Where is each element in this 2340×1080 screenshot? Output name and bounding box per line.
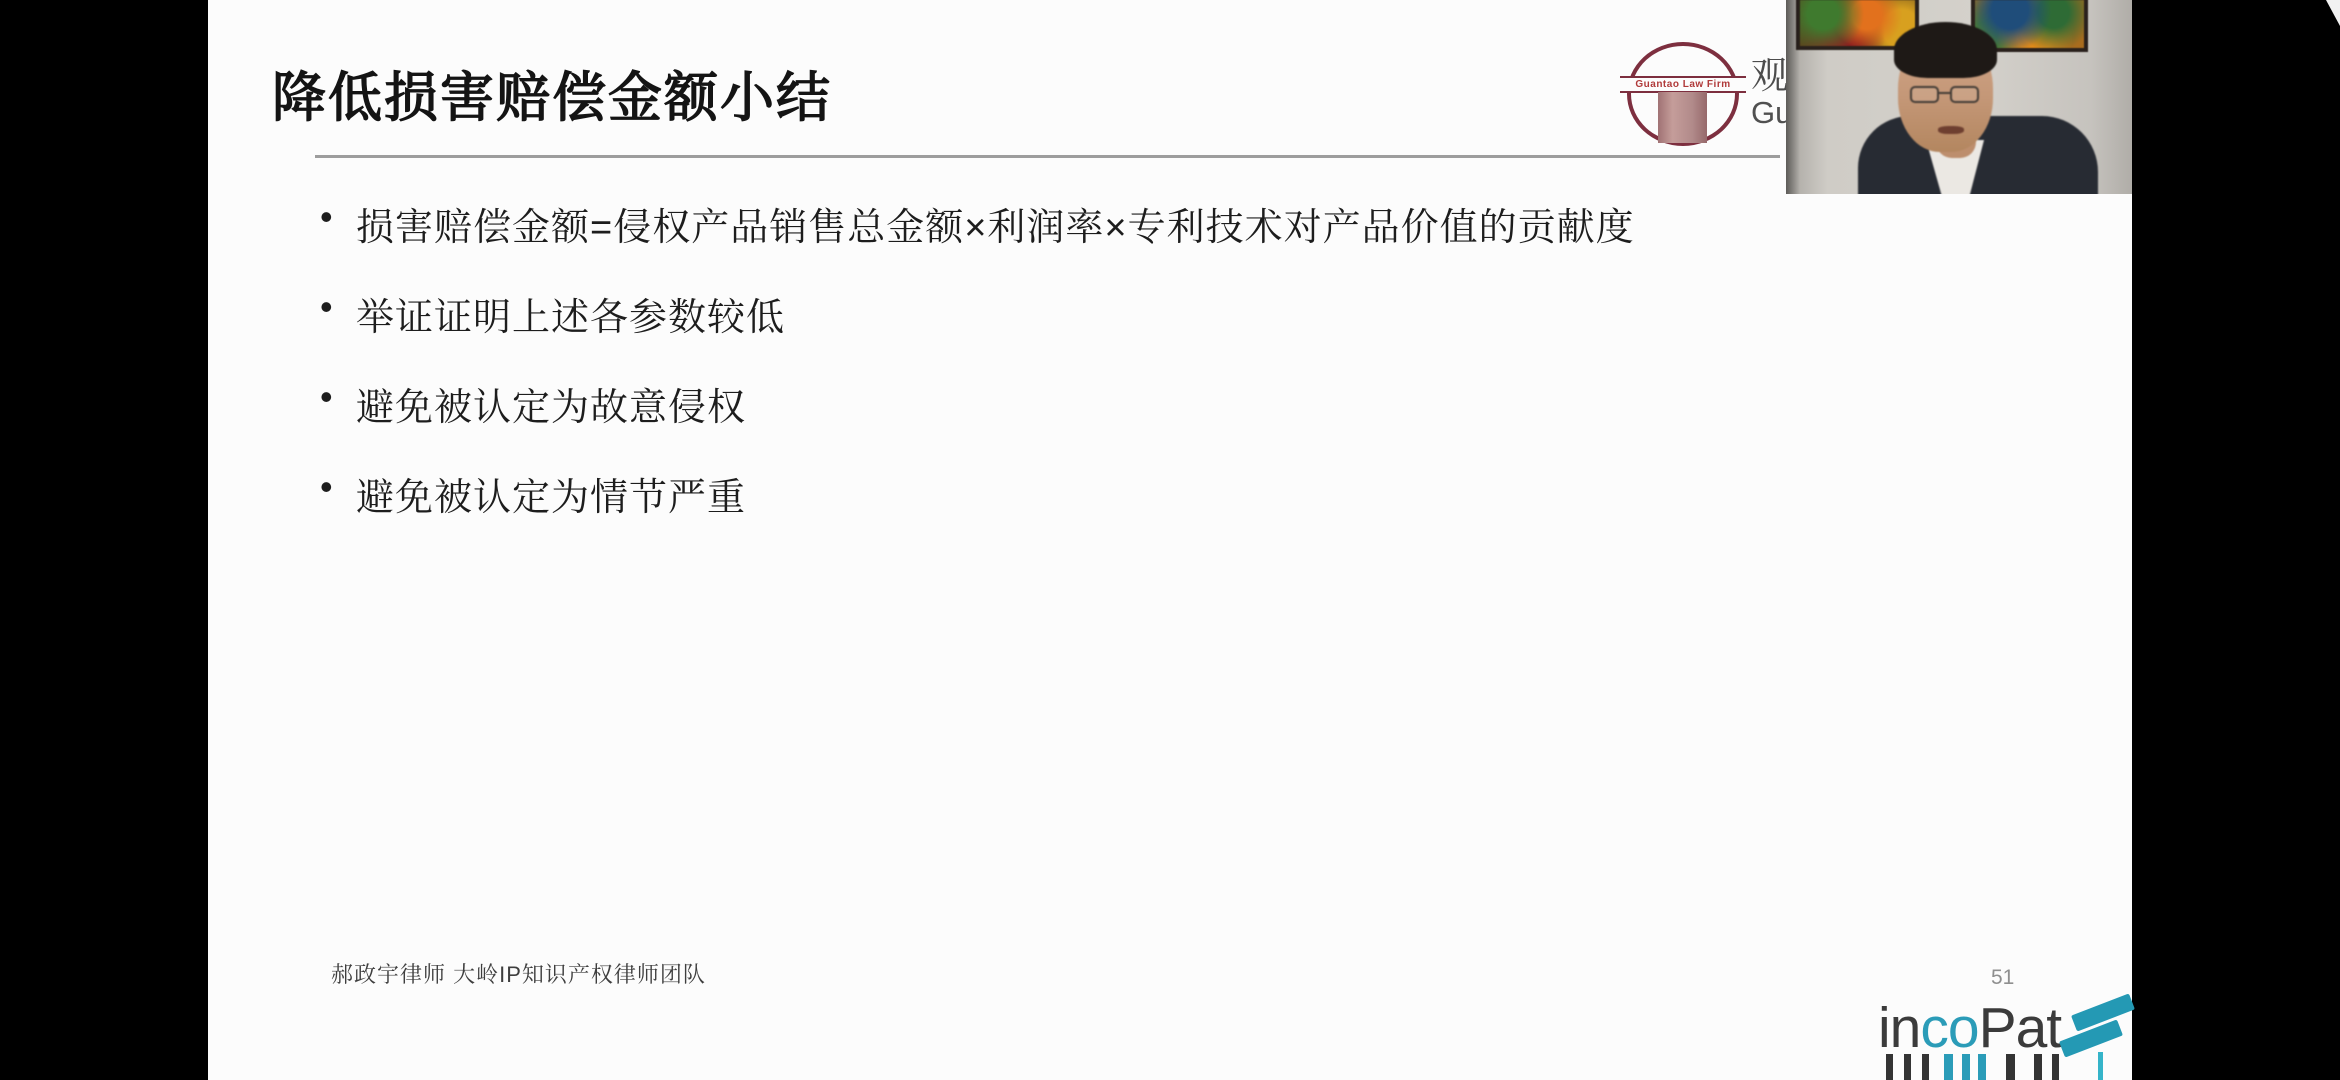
bullet-list: • 损害赔偿金额=侵权产品销售总金额×利润率×专利技术对产品价值的贡献度 • 举…: [320, 196, 1820, 556]
presenter-webcam-video[interactable]: [1786, 0, 2132, 194]
incopat-text-co: co: [1920, 996, 1978, 1060]
bullet-icon: •: [320, 376, 344, 418]
slide-title: 降低损害赔偿金额小结: [272, 66, 832, 130]
incopat-wordmark: incoPat: [1878, 1000, 2061, 1056]
corner-artifact: [2326, 0, 2340, 26]
guantao-band: Guantao Law Firm: [1620, 76, 1746, 93]
incopat-logo: incoPat: [1870, 1000, 2170, 1080]
author-credit: 郝政宇律师 大岭IP知识产权律师团队: [331, 958, 706, 989]
bullet-icon: •: [320, 286, 344, 328]
guantao-column-icon: [1658, 92, 1707, 143]
list-item: • 损害赔偿金额=侵权产品销售总金额×利润率×专利技术对产品价值的贡献度: [320, 196, 1820, 244]
presenter-hair: [1894, 22, 1997, 78]
list-item: 避免被认定为情节严重 • 避免被认定为情节严重: [320, 466, 1820, 514]
screen: { "slide": { "title": "降低损害赔偿金额小结", "bul…: [0, 0, 2340, 1080]
presenter-mouth: [1938, 126, 1964, 134]
bullet-icon: •: [320, 196, 344, 238]
glasses-icon: [1910, 86, 1986, 106]
bullet-text: 举证证明上述各参数较低: [356, 286, 785, 341]
presenter-avatar: [1786, 0, 2132, 194]
incopat-text-pat: Pat: [1979, 996, 2062, 1060]
bullet-icon: •: [320, 466, 344, 508]
page-number: 51: [1991, 966, 2014, 990]
list-item: • 避免被认定为故意侵权: [320, 376, 1820, 424]
bullet-text: 避免被认定为故意侵权: [356, 376, 746, 431]
bullet-text: 损害赔偿金额=侵权产品销售总金额×利润率×专利技术对产品价值的贡献度: [356, 196, 1635, 251]
list-item: • 举证证明上述各参数较低: [320, 286, 1820, 334]
incopat-flag-pole-icon: [2098, 1052, 2103, 1080]
guantao-band-text: Guantao Law Firm: [1635, 79, 1730, 90]
video-frame: 降低损害赔偿金额小结 • 损害赔偿金额=侵权产品销售总金额×利润率×专利技术对产…: [0, 0, 2340, 1080]
bullet-text: 避免被认定为情节严重: [356, 466, 746, 521]
title-divider: [315, 155, 1780, 158]
incopat-text-in: in: [1878, 996, 1920, 1060]
